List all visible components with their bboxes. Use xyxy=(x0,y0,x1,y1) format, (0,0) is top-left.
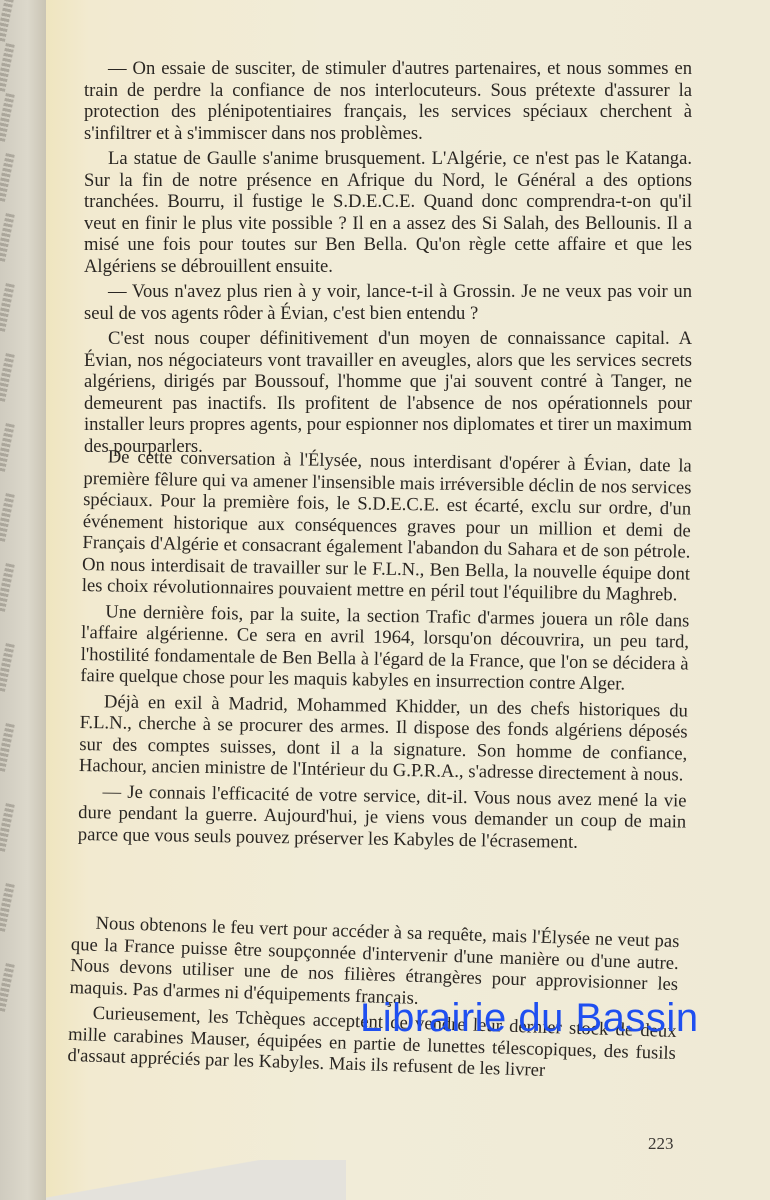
paragraph: — Vous n'avez plus rien à y voir, lance-… xyxy=(84,281,692,324)
paragraph: De cette conversation à l'Élysée, nous i… xyxy=(82,446,692,606)
paragraph: — On essaie de susciter, de stimuler d'a… xyxy=(84,58,692,144)
page-number: 223 xyxy=(648,1134,674,1154)
paragraph: — Je connais l'efficacité de votre servi… xyxy=(78,780,687,854)
paragraph: Déjà en exil à Madrid, Mohammed Khidder,… xyxy=(79,690,688,786)
page-shadow xyxy=(46,1160,346,1200)
paragraph: C'est nous couper définitivement d'un mo… xyxy=(84,328,692,457)
upper-text-block: — On essaie de susciter, de stimuler d'a… xyxy=(84,58,692,461)
previous-page-edge xyxy=(0,0,46,1200)
watermark: Librairie du Bassin xyxy=(360,996,699,1041)
lower-text-block: De cette conversation à l'Élysée, nous i… xyxy=(78,446,692,859)
paragraph: La statue de Gaulle s'anime brusquement.… xyxy=(84,148,692,277)
paragraph: Une dernière fois, par la suite, la sect… xyxy=(80,600,689,696)
